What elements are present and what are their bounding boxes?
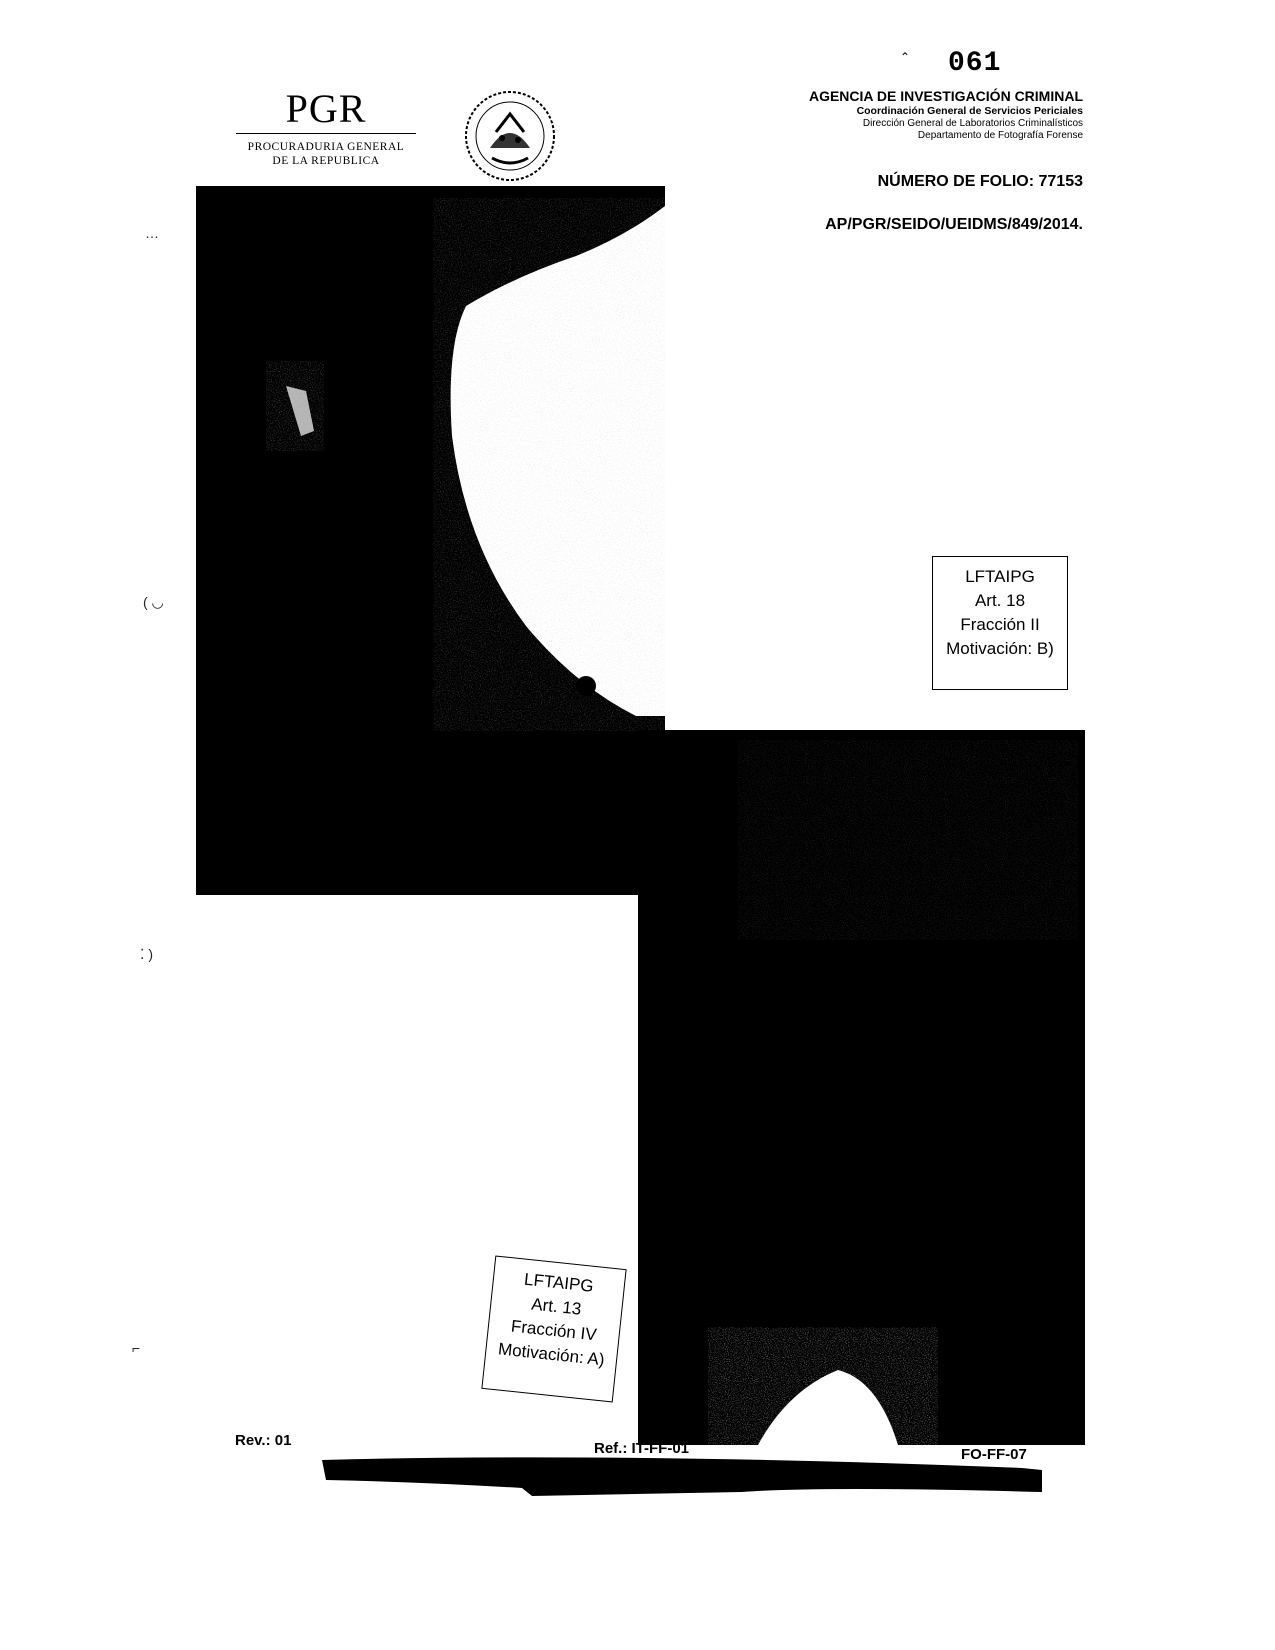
department-name: Departamento de Fotografía Forense	[809, 130, 1083, 142]
logo-line-1: PROCURADURIA GENERAL	[236, 140, 416, 154]
pgr-logo: PGR PROCURADURIA GENERAL DE LA REPUBLICA	[236, 88, 416, 168]
page-number: 061	[948, 48, 1001, 79]
scan-mark: ⌃	[900, 50, 910, 64]
stamp-article: Art. 18	[937, 589, 1063, 613]
case-number: AP/PGR/SEIDO/UEIDMS/849/2014.	[825, 216, 1083, 234]
footer-revision: Rev.: 01	[235, 1432, 291, 1449]
footer-redaction-bar	[322, 1452, 1042, 1500]
agency-header: AGENCIA DE INVESTIGACIÓN CRIMINAL Coordi…	[809, 88, 1083, 142]
stamp-law: LFTAIPG	[937, 565, 1063, 589]
agency-name: AGENCIA DE INVESTIGACIÓN CRIMINAL	[809, 88, 1083, 105]
footer-form-code: FO-FF-07	[961, 1446, 1027, 1463]
punch-hole-mark: ( ◡	[143, 594, 164, 611]
redaction-stamp-art13: LFTAIPG Art. 13 Fracción IV Motivación: …	[481, 1255, 626, 1402]
logo-rule	[236, 133, 416, 134]
punch-hole-mark: ⁚ )	[140, 946, 153, 963]
logo-line-2: DE LA REPUBLICA	[236, 154, 416, 168]
stamp-motivation: Motivación: B)	[937, 637, 1063, 661]
stamp-fraction: Fracción II	[937, 613, 1063, 637]
forensic-photo-2	[638, 730, 1085, 1445]
national-seal-icon	[462, 88, 558, 184]
logo-acronym: PGR	[236, 88, 416, 130]
direction-name: Dirección General de Laboratorios Crimin…	[809, 118, 1083, 130]
footer-reference: Ref.: IT-FF-01	[594, 1440, 689, 1457]
forensic-photo-1	[196, 186, 665, 895]
redaction-stamp-art18: LFTAIPG Art. 18 Fracción II Motivación: …	[932, 556, 1068, 690]
folio-number: NÚMERO DE FOLIO: 77153	[878, 173, 1083, 191]
coordination-name: Coordinación General de Servicios Perici…	[809, 105, 1083, 118]
scan-mark: ⌐	[132, 1340, 140, 1356]
scan-mark: …	[145, 225, 159, 241]
